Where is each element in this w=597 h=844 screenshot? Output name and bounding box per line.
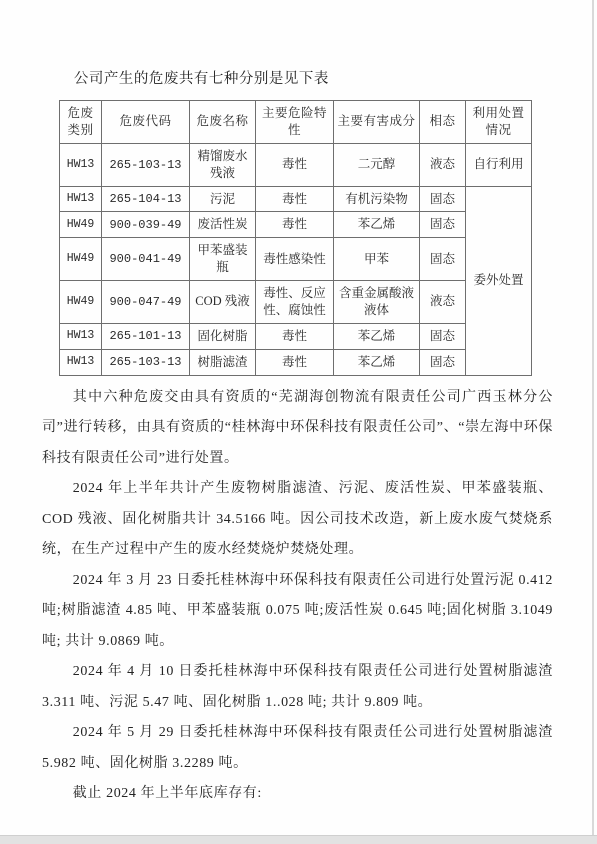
cell-disposal-merged: 委外处置 — [466, 186, 532, 375]
table-row: HW13 265-103-13 精馏废水残液 毒性 二元醇 液态 自行利用 — [60, 143, 532, 186]
cell-code: 265-103-13 — [102, 349, 190, 375]
header-disposal: 利用处置情况 — [466, 101, 532, 144]
cell-code: 265-104-13 — [102, 186, 190, 212]
cell-code: 900-039-49 — [102, 212, 190, 238]
cell-phase: 固态 — [420, 212, 466, 238]
table-row: HW49 900-047-49 COD 残液 毒性、反应性、腐蚀性 含重金属酸液… — [60, 281, 532, 324]
body-paragraph: 2024 年上半年共计产生废物树脂滤渣、污泥、废活性炭、甲苯盛装瓶、COD 残液… — [42, 474, 553, 566]
cell-category: HW13 — [60, 323, 102, 349]
cell-hazard: 毒性 — [256, 349, 334, 375]
table-row: HW13 265-101-13 固化树脂 毒性 苯乙烯 固态 — [60, 323, 532, 349]
header-phase: 相态 — [420, 101, 466, 144]
cell-component: 含重金属酸液液体 — [334, 281, 420, 324]
cell-category: HW49 — [60, 281, 102, 324]
cell-component: 苯乙烯 — [334, 349, 420, 375]
cell-component: 苯乙烯 — [334, 323, 420, 349]
body-paragraph: 2024 年 3 月 23 日委托桂林海中环保科技有限责任公司进行处置污泥 0.… — [42, 566, 553, 658]
cell-component: 有机污染物 — [334, 186, 420, 212]
cell-name: 树脂滤渣 — [190, 349, 256, 375]
cell-name: 废活性炭 — [190, 212, 256, 238]
cell-hazard: 毒性、反应性、腐蚀性 — [256, 281, 334, 324]
table-row: HW49 900-041-49 甲苯盛装瓶 毒性感染性 甲苯 固态 — [60, 238, 532, 281]
intro-line: 公司产生的危废共有七种分别是见下表 — [42, 64, 553, 94]
cell-category: HW13 — [60, 143, 102, 186]
cell-phase: 固态 — [420, 323, 466, 349]
cell-code: 900-041-49 — [102, 238, 190, 281]
cell-name: COD 残液 — [190, 281, 256, 324]
cell-category: HW49 — [60, 212, 102, 238]
body-paragraph: 其中六种危废交由具有资质的“芜湖海创物流有限责任公司广西玉林分公司”进行转移，由… — [42, 383, 553, 475]
cell-hazard: 毒性 — [256, 212, 334, 238]
header-harmful-component: 主要有害成分 — [334, 101, 420, 144]
body-text: 其中六种危废交由具有资质的“芜湖海创物流有限责任公司广西玉林分公司”进行转移，由… — [42, 383, 553, 810]
cell-name: 甲苯盛装瓶 — [190, 238, 256, 281]
scan-page-edge-right — [592, 0, 594, 844]
cell-disposal: 自行利用 — [466, 143, 532, 186]
table-row: HW13 265-103-13 树脂滤渣 毒性 苯乙烯 固态 — [60, 349, 532, 375]
cell-code: 265-103-13 — [102, 143, 190, 186]
document-page: 公司产生的危废共有七种分别是见下表 危废类别 危废代码 危废名称 主要危险特性 … — [0, 0, 597, 844]
scan-page-edge-bottom — [0, 835, 597, 844]
cell-name: 固化树脂 — [190, 323, 256, 349]
cell-hazard: 毒性 — [256, 186, 334, 212]
cell-category: HW13 — [60, 186, 102, 212]
cell-hazard: 毒性 — [256, 323, 334, 349]
cell-code: 265-101-13 — [102, 323, 190, 349]
cell-phase: 固态 — [420, 186, 466, 212]
cell-hazard: 毒性感染性 — [256, 238, 334, 281]
cell-component: 苯乙烯 — [334, 212, 420, 238]
cell-phase: 液态 — [420, 281, 466, 324]
body-paragraph: 截止 2024 年上半年底库存有: — [42, 779, 553, 810]
cell-category: HW49 — [60, 238, 102, 281]
cell-component: 二元醇 — [334, 143, 420, 186]
body-paragraph: 2024 年 4 月 10 日委托桂林海中环保科技有限责任公司进行处置树脂滤渣 … — [42, 657, 553, 718]
cell-component: 甲苯 — [334, 238, 420, 281]
table-header-row: 危废类别 危废代码 危废名称 主要危险特性 主要有害成分 相态 利用处置情况 — [60, 101, 532, 144]
cell-phase: 固态 — [420, 349, 466, 375]
table-row: HW13 265-104-13 污泥 毒性 有机污染物 固态 委外处置 — [60, 186, 532, 212]
header-waste-code: 危废代码 — [102, 101, 190, 144]
table-row: HW49 900-039-49 废活性炭 毒性 苯乙烯 固态 — [60, 212, 532, 238]
header-waste-category: 危废类别 — [60, 101, 102, 144]
body-paragraph: 2024 年 5 月 29 日委托桂林海中环保科技有限责任公司进行处置树脂滤渣 … — [42, 718, 553, 779]
cell-category: HW13 — [60, 349, 102, 375]
hazardous-waste-table: 危废类别 危废代码 危废名称 主要危险特性 主要有害成分 相态 利用处置情况 H… — [59, 100, 532, 376]
header-waste-name: 危废名称 — [190, 101, 256, 144]
cell-name: 精馏废水残液 — [190, 143, 256, 186]
cell-name: 污泥 — [190, 186, 256, 212]
cell-phase: 固态 — [420, 238, 466, 281]
header-hazard-trait: 主要危险特性 — [256, 101, 334, 144]
cell-phase: 液态 — [420, 143, 466, 186]
cell-code: 900-047-49 — [102, 281, 190, 324]
cell-hazard: 毒性 — [256, 143, 334, 186]
